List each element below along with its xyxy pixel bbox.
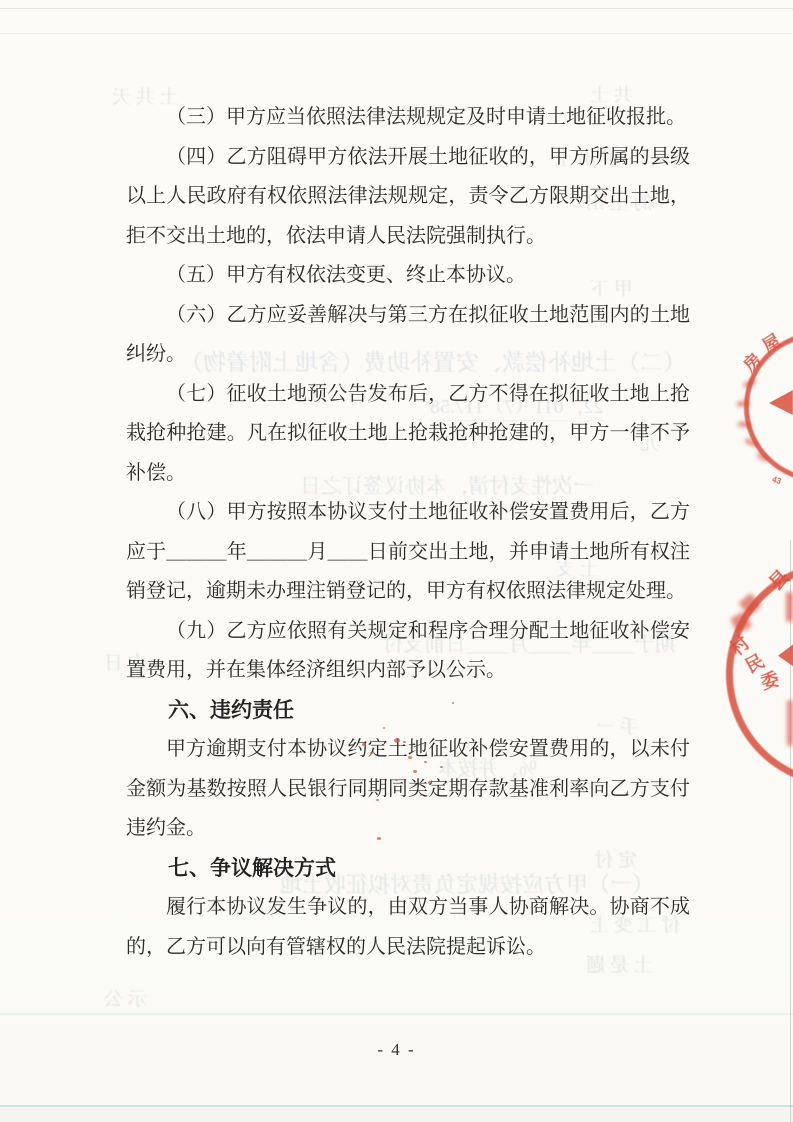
contract-paragraph: （八）甲方按照本协议支付土地征收补偿安置费用后，乙方应于＿＿＿年＿＿＿月＿＿日前… xyxy=(126,493,690,612)
seal-bottom-character: 民 xyxy=(743,652,767,676)
seal-top-ring xyxy=(744,332,793,482)
section-heading: 六、违约责任 xyxy=(126,691,690,731)
seal-top-ink-smudge xyxy=(738,421,752,428)
seal-bottom-character: 县 xyxy=(766,567,793,594)
contract-paragraph: （四）乙方阻碍甲方依法开展土地征收的，甲方所属的县级以上人民政府有权依照法律法规… xyxy=(126,138,690,257)
seal-bottom-ring xyxy=(726,561,793,787)
document-page: 土 共 天共 土甲 出 土的 土 出甲 下（二）土地补偿款、安置补助费（含地上附… xyxy=(0,0,793,1122)
seal-bottom-character: 委 xyxy=(759,670,781,692)
scan-artifact-band xyxy=(0,1107,793,1122)
section-heading: 七、争议解决方式 xyxy=(126,849,690,889)
seal-top-star-point xyxy=(769,390,793,415)
seal-bottom-ink-smudge xyxy=(730,611,752,634)
contract-paragraph: 甲方逾期支付本协议约定土地征收补偿安置费用的，以未付金额为基数按照人民银行同期同… xyxy=(126,730,690,849)
scan-artifact-line xyxy=(0,8,793,9)
contract-paragraph: （七）征收土地预公告发布后，乙方不得在拟征收土地上抢栽抢种抢建。凡在拟征收土地上… xyxy=(126,375,690,494)
scan-artifact-line xyxy=(0,1013,793,1015)
seal-top-character: 屋 xyxy=(760,332,783,355)
contract-paragraph: （五）甲方有权依法变更、终止本协议。 xyxy=(126,256,690,296)
contract-text: （三）甲方应当依照法律法规规定及时申请土地征收报批。（四）乙方阻碍甲方依法开展土… xyxy=(126,98,690,967)
seal-top-ink-smudge xyxy=(743,378,757,388)
contract-paragraph: （九）乙方应依照有关规定和程序合理分配土地征收补偿安置费用，并在集体经济组织内部… xyxy=(126,612,690,691)
scan-artifact-edge xyxy=(790,540,791,1122)
contract-paragraph: （三）甲方应当依照法律法规规定及时申请土地征收报批。 xyxy=(126,98,690,138)
seal-top-ink-smudge xyxy=(737,400,751,407)
seal-bottom-character: 村 xyxy=(727,633,752,658)
bleed-through-text: 示 公 xyxy=(104,984,147,1011)
seal-top-ink-smudge xyxy=(745,438,759,448)
seal-top-character: 房 xyxy=(740,350,764,374)
seal-bottom-ink-smudge xyxy=(738,593,761,616)
seal-top-character: 43 xyxy=(771,476,782,486)
scan-artifact-line xyxy=(0,33,793,34)
contract-paragraph: （六）乙方应妥善解决与第三方在拟征收土地范围内的土地纠纷。 xyxy=(126,296,690,375)
page-number: - 4 - xyxy=(0,1040,793,1060)
contract-paragraph: 履行本协议发生争议的，由双方当事人协商解决。协商不成的，乙方可以向有管辖权的人民… xyxy=(126,888,690,967)
seal-top-ink-smudge xyxy=(756,451,769,462)
